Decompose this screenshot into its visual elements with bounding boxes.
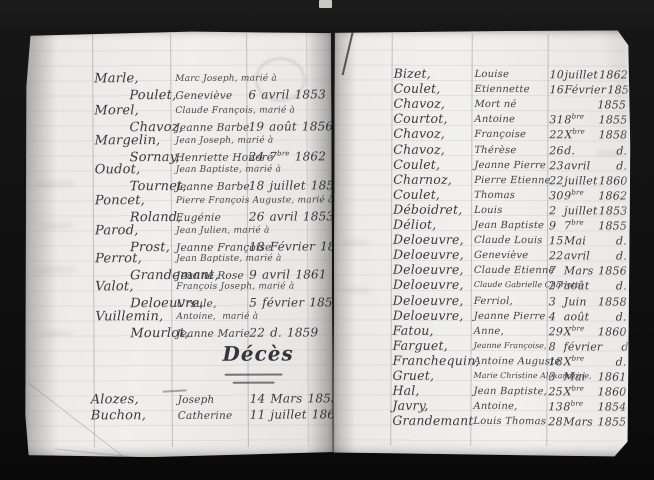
date-day: 18 — [249, 241, 265, 253]
death-given-names: Mort né — [474, 100, 516, 110]
death-date: 309bre1862 — [549, 190, 627, 201]
death-date: 3Juin1858 — [549, 296, 627, 307]
date-month: Xbre — [563, 386, 596, 397]
right-page: Bizet,Louise10juillet1862Coulet,Etiennet… — [333, 29, 630, 456]
date-day: 18 — [249, 180, 265, 192]
death-date: 22Xbre1858 — [549, 129, 627, 140]
date-day: 7 — [549, 265, 564, 276]
date-year: d. — [597, 311, 627, 322]
date-year: 1862 — [597, 190, 627, 201]
husband-given-names: Marc Joseph, marié à — [175, 75, 277, 84]
date-day: 22 — [549, 129, 564, 140]
wife-given-name: Geneviève — [175, 91, 232, 102]
death-given-names: Claude Etienne — [474, 266, 555, 276]
date-day: 4 — [549, 311, 564, 322]
death-date: 10juillet1862 — [550, 69, 628, 80]
date-month: juillet — [565, 69, 598, 80]
date-year: 1860 — [596, 386, 626, 397]
wife-given-name: Jeanne Rose — [176, 271, 244, 282]
death-surname: Gruet, — [393, 370, 435, 383]
death-date: 22avrild. — [549, 250, 627, 261]
husband-surname: Marle, — [94, 72, 139, 85]
date-month: d. — [270, 327, 282, 339]
date-day: 28 — [548, 416, 563, 427]
date-year: 1858 — [597, 129, 627, 140]
date-month: Mars — [563, 416, 596, 427]
death-given-names: Etiennette — [475, 85, 530, 95]
date-day: 22 — [249, 327, 265, 339]
deces-underline — [225, 374, 283, 376]
death-given-names: Antoine Auguste — [474, 357, 561, 367]
date-year: 1862 — [598, 69, 628, 80]
bleedthrough-smudge — [340, 240, 370, 246]
date-day — [549, 99, 564, 110]
death-date: 1855 — [549, 99, 627, 110]
death-surname: Coulet, — [393, 189, 440, 202]
death-surname: Deloeuvre, — [393, 234, 464, 247]
column-rule — [92, 34, 95, 447]
death-given-names: Antoine, — [473, 402, 517, 412]
date-day: 11 — [250, 409, 266, 421]
death-given-names: Jean Baptiste, — [473, 387, 547, 397]
date-month: Juin — [564, 296, 597, 307]
date-day: 9 — [549, 220, 564, 231]
wife-given-name: Jeanne Barbe — [176, 182, 250, 193]
husband-given-names: Jean Joseph, marié à — [176, 137, 274, 146]
date-year: d. — [597, 160, 627, 171]
marriage-date: 26avril1853 — [249, 210, 334, 222]
husband-surname: Poncet, — [95, 194, 145, 207]
date-month: avril — [564, 160, 597, 171]
death-surname: Déliot, — [393, 219, 436, 232]
date-month: février — [564, 341, 603, 352]
death-date: 318bre1855 — [549, 114, 627, 125]
death-given-names: Antoine — [474, 115, 515, 125]
death-surname: Deloeuvre, — [393, 249, 464, 262]
death-date: 16Février1854 — [550, 84, 628, 95]
column-rule — [470, 34, 472, 446]
date-month: Xbre — [564, 356, 597, 367]
husband-given-names: François Joseph, marié à — [176, 282, 294, 292]
death-surname: Alozes, — [91, 393, 139, 406]
death-surname: Hal, — [392, 385, 419, 398]
date-month: 8bre — [564, 114, 597, 125]
husband-surname: Morel, — [94, 104, 139, 117]
death-surname: Javry, — [392, 400, 428, 413]
date-year: d. — [597, 250, 627, 261]
date-month: d. — [564, 145, 597, 156]
husband-given-names: Pierre François Auguste, marié à — [176, 196, 334, 206]
death-surname: Deloeuvre, — [393, 279, 464, 292]
bleedthrough-smudge — [40, 330, 74, 336]
death-date: 25Xbre1860 — [548, 386, 626, 397]
date-month: avril — [564, 250, 597, 261]
crease-line — [55, 449, 254, 470]
date-year: 1859 — [287, 326, 318, 338]
date-day: 3 — [549, 296, 564, 307]
page-edge-sliver — [319, 0, 332, 8]
death-surname: Buchon, — [91, 409, 146, 422]
death-date: 22juillet1860 — [549, 175, 627, 186]
bleedthrough-smudge — [34, 180, 76, 187]
death-date: 7Mars1856 — [549, 265, 627, 276]
date-day: 2 — [549, 205, 564, 216]
husband-surname: Valot, — [95, 280, 134, 293]
date-month: février — [262, 296, 304, 308]
death-date: 23avrild. — [549, 160, 627, 171]
death-given-names: Thomas — [474, 191, 515, 201]
husband-surname: Perrot, — [95, 252, 142, 265]
date-year: 1858 — [597, 296, 627, 307]
date-day: 22 — [549, 250, 564, 261]
register-scan: Marle,Marc Joseph, marié àPoulet,Geneviè… — [0, 0, 654, 480]
date-year: 1856 — [597, 265, 627, 276]
death-surname: Coulet, — [393, 159, 440, 172]
death-date: 27aoûtd. — [549, 280, 627, 291]
date-year: d. — [602, 341, 632, 352]
death-date: 11juillet1860 — [250, 408, 343, 420]
marriage-date: 247bre1862 — [249, 150, 326, 162]
marriage-date: 6avril1853 — [248, 88, 326, 100]
date-month: juillet — [564, 175, 597, 186]
date-day: 19 — [248, 121, 264, 133]
date-year: d. — [597, 356, 627, 367]
date-month: Mars — [564, 265, 597, 276]
date-month: avril — [270, 210, 298, 222]
date-day: 16 — [550, 84, 565, 95]
death-date: 3Mai1861 — [549, 371, 627, 382]
bleedthrough-smudge — [596, 150, 622, 156]
date-month: Xbre — [564, 129, 597, 140]
date-day: 30 — [549, 190, 564, 201]
death-date: 14Mars1855 — [250, 392, 339, 404]
death-given-names: Louise — [475, 70, 510, 80]
date-year: 1855 — [597, 220, 627, 231]
date-year: 1860 — [598, 175, 628, 186]
death-surname: Coulet, — [394, 83, 441, 96]
death-surname: Charnoz, — [393, 174, 452, 187]
death-date: 8févrierd. — [549, 341, 627, 352]
date-month: juillet — [564, 205, 597, 216]
death-given-names: Jeanne Pierre — [474, 312, 546, 322]
date-month — [564, 99, 596, 110]
date-month: Mai — [564, 235, 597, 246]
death-date: 4aoûtd. — [549, 311, 627, 322]
bleedthrough-smudge — [38, 222, 74, 228]
husband-given-names: Jean Baptiste, marié à — [176, 255, 282, 264]
date-day: 3 — [549, 371, 564, 382]
death-surname: Deloeuvre, — [393, 310, 464, 323]
date-month: août — [269, 120, 297, 132]
date-year: d. — [597, 280, 627, 291]
husband-given-names: Jean Julien, marié à — [176, 227, 270, 236]
death-given-names: Thérèse — [474, 146, 516, 156]
date-day: 6 — [248, 89, 256, 101]
date-year: 1856 — [302, 120, 333, 132]
date-day: 23 — [549, 160, 564, 171]
death-surname: Franchequin, — [393, 355, 480, 368]
date-year: 1854 — [606, 84, 636, 95]
marriage-date: 18juillet1857 — [249, 179, 342, 191]
bleedthrough-smudge — [32, 266, 76, 273]
death-given-names: Anne, — [474, 327, 504, 337]
left-deaths-list: Alozes,Joseph14Mars1855Buchon,Catherine1… — [23, 29, 331, 30]
wife-surname: Poulet, — [129, 89, 176, 102]
death-date: 29Xbre1860 — [549, 326, 627, 337]
wife-given-name: Ursule, — [176, 299, 216, 310]
date-year: 1855 — [597, 114, 627, 125]
date-year: 1854 — [596, 401, 626, 412]
death-surname: Bizet, — [394, 68, 431, 81]
death-date: 18Xbred. — [549, 356, 627, 367]
wife-given-name: Jeanne Marie — [176, 329, 250, 340]
marriage-date: 22d.1859 — [249, 326, 318, 338]
section-header-deces: Décès — [222, 343, 293, 363]
date-month: avril — [262, 269, 290, 281]
death-surname: Chavoz, — [393, 144, 445, 157]
date-day: 26 — [249, 211, 265, 223]
death-given-names: Louis Thomas — [473, 417, 546, 427]
date-year: 1853 — [295, 88, 326, 100]
date-day: 13 — [548, 401, 563, 412]
date-month: Mai — [564, 371, 597, 382]
death-date: 2juillet1853 — [549, 205, 627, 216]
marriage-date: 5février1854 — [249, 296, 340, 308]
death-surname: Farguet, — [393, 340, 448, 353]
date-day: 15 — [549, 235, 564, 246]
date-day: 18 — [549, 356, 564, 367]
death-given-names: Françoise — [474, 130, 526, 140]
left-page: Marle,Marc Joseph, marié àPoulet,Geneviè… — [23, 29, 333, 457]
date-day: 8 — [549, 341, 564, 352]
date-day: 27 — [549, 280, 564, 291]
date-day: 31 — [549, 114, 564, 125]
date-month: août — [564, 311, 597, 322]
death-surname: Courtot, — [393, 113, 447, 126]
date-month: Mars — [270, 392, 302, 404]
husband-surname: Vuillemin, — [95, 310, 163, 323]
crack-mark — [342, 32, 354, 75]
date-month: août — [564, 280, 597, 291]
husband-surname: Oudot, — [95, 163, 141, 176]
death-given-names: Pierre Etienne — [474, 176, 551, 186]
wife-given-name: Jeanne Barbe — [175, 123, 249, 134]
death-surname: Fatou, — [393, 325, 434, 338]
death-date: 97bre1855 — [549, 220, 627, 231]
date-year: 1853 — [597, 205, 627, 216]
marriage-date: 9avril1861 — [249, 268, 327, 280]
husband-given-names: Antoine, marié à — [176, 313, 258, 322]
deces-flourish — [163, 389, 187, 392]
date-month: juillet — [270, 408, 306, 420]
death-surname: Déboidret, — [393, 204, 462, 217]
death-surname: Chavoz, — [393, 98, 445, 111]
date-month: Février — [270, 240, 315, 252]
date-day: 25 — [548, 386, 563, 397]
death-given-names: Ferriol, — [474, 297, 513, 307]
date-year: 1861 — [295, 268, 326, 280]
death-surname: Deloeuvre, — [393, 264, 464, 277]
husband-surname: Margelin, — [95, 134, 161, 147]
death-date: 28Mars1855 — [548, 416, 626, 427]
date-year: 1862 — [295, 150, 326, 162]
death-given-names: Catherine — [178, 411, 233, 422]
husband-given-names: Claude François, marié à — [175, 106, 295, 116]
date-day: 5 — [249, 297, 257, 309]
date-day: 26 — [549, 145, 564, 156]
date-day: 10 — [550, 69, 565, 80]
date-year: 1860 — [597, 326, 627, 337]
date-day: 24 — [249, 151, 265, 163]
death-date: 15Maid. — [549, 235, 627, 246]
date-month: Février — [565, 84, 607, 95]
date-month: 7bre — [564, 220, 597, 231]
date-year: 1853 — [303, 210, 334, 222]
death-given-names: Claude Louis — [474, 236, 543, 246]
date-month: avril — [261, 89, 289, 101]
death-given-names: Jeanne Françoise, — [474, 342, 547, 350]
date-year: 1855 — [596, 99, 628, 110]
death-given-names: Jeanne Pierre — [474, 161, 546, 171]
date-day: 14 — [250, 393, 266, 405]
husband-surname: Parod, — [95, 224, 139, 237]
death-given-names: Jean Baptiste — [474, 221, 544, 231]
date-month: Xbre — [564, 326, 597, 337]
date-month: 7bre — [269, 151, 289, 163]
date-month: 8bre — [563, 401, 596, 412]
death-given-names: Joseph — [178, 395, 215, 406]
date-day: 22 — [549, 175, 564, 186]
right-deaths-list: Bizet,Louise10juillet1862Coulet,Etiennet… — [335, 29, 631, 30]
deces-underline — [233, 382, 275, 384]
death-date: 138bre1854 — [548, 401, 626, 412]
date-month: juillet — [269, 179, 305, 191]
death-surname: Chavoz, — [393, 128, 445, 141]
death-surname: Deloeuvre, — [393, 295, 464, 308]
date-month: 9bre — [564, 190, 597, 201]
date-year: d. — [597, 235, 627, 246]
date-year: 1855 — [596, 416, 626, 427]
date-year: 1861 — [597, 371, 627, 382]
death-given-names: Geneviève — [474, 251, 528, 261]
death-surname: Grandemant — [392, 415, 473, 428]
bleedthrough-smudge — [338, 287, 372, 293]
marriage-date: 19août1856 — [248, 120, 333, 132]
date-day: 29 — [549, 326, 564, 337]
husband-given-names: Jean Baptiste, marié à — [176, 166, 282, 175]
marriages-list: Marle,Marc Joseph, marié àPoulet,Geneviè… — [23, 29, 331, 30]
date-day: 9 — [249, 269, 257, 281]
wife-given-name: Eugénie — [176, 213, 221, 224]
death-given-names: Louis — [474, 206, 502, 216]
